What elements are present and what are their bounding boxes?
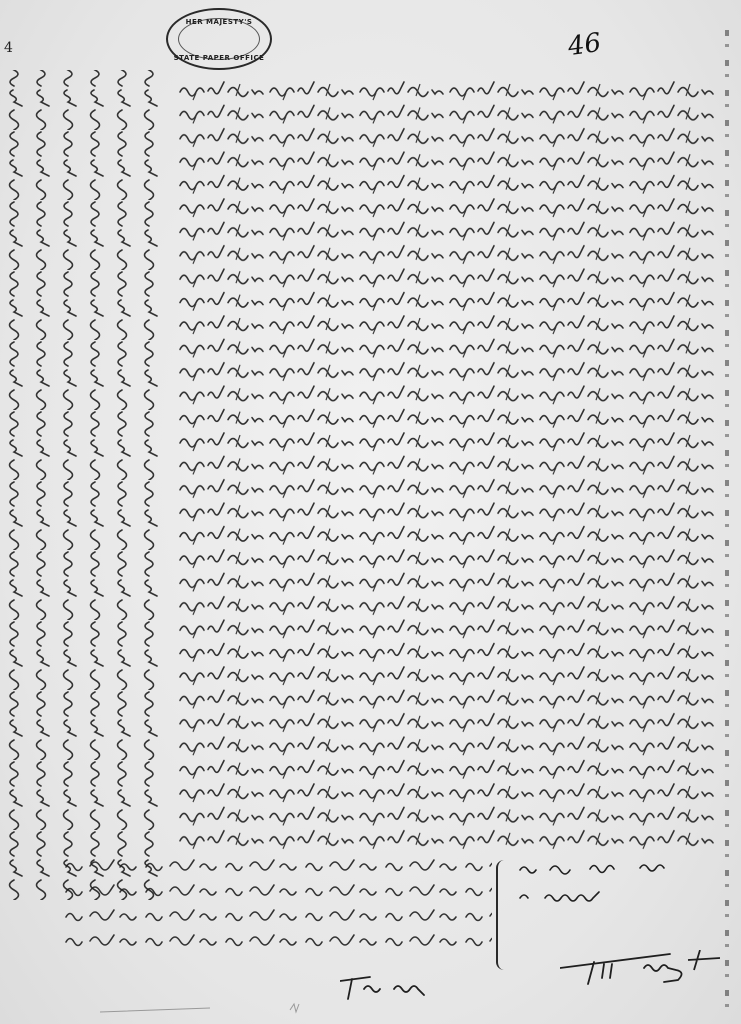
- faint-marks-strokes: [90, 1000, 410, 1020]
- stamp-bottom-text: STATE PAPER OFFICE: [168, 54, 270, 62]
- faint-bottom-marks: [90, 1000, 410, 1020]
- main-body-handwriting: [178, 78, 718, 850]
- stamp-top-text: HER MAJESTY'S: [168, 18, 270, 26]
- right-note-handwriting: [500, 852, 720, 912]
- right-note-strokes: [500, 852, 720, 912]
- left-margin-note: [0, 60, 170, 900]
- state-paper-office-stamp: HER MAJESTY'S STATE PAPER OFFICE: [166, 8, 272, 70]
- corner-mark: 4: [4, 40, 13, 56]
- postscript-strokes: [62, 852, 492, 952]
- handwriting-strokes: [178, 78, 718, 850]
- folio-number: 46: [566, 28, 603, 62]
- signature-right: [560, 950, 720, 990]
- signature-right-strokes: [560, 950, 720, 990]
- margin-handwriting-strokes: [0, 60, 170, 900]
- postscript-handwriting: [62, 852, 492, 952]
- page-edge-ink-bleed: [725, 30, 729, 1020]
- manuscript-page: 4 HER MAJESTY'S STATE PAPER OFFICE 46: [0, 0, 741, 1024]
